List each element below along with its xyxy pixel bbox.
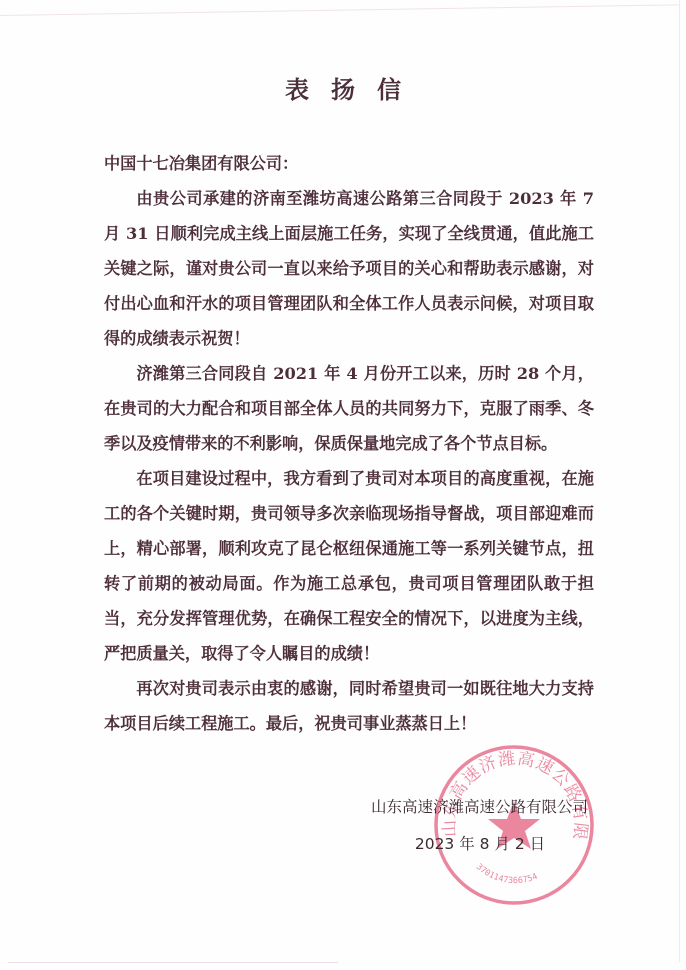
stamp-serial: 3701147366754	[474, 862, 539, 886]
letter-body: 中国十七冶集团有限公司： 由贵公司承建的济南至潍坊高速公路第三合同段于 2023…	[104, 146, 594, 741]
paragraph-4: 再次对贵司表示由衷的感谢，同时希望贵司一如既往地大力支持本项目后续工程施工。最后…	[104, 671, 594, 741]
paragraph-1: 由贵公司承建的济南至潍坊高速公路第三合同段于 2023 年 7 月 31 日顺利…	[104, 181, 594, 356]
signature-company: 山东高速济潍高速公路有限公司	[348, 795, 588, 817]
letter-page: 表扬信 中国十七冶集团有限公司： 由贵公司承建的济南至潍坊高速公路第三合同段于 …	[0, 0, 686, 970]
paragraph-3: 在项目建设过程中，我方看到了贵司对本项目的高度重视，在施工的各个关键时期，贵司领…	[104, 461, 594, 671]
addressee: 中国十七冶集团有限公司：	[104, 146, 594, 181]
stamp-arc-text: 山东高速济潍高速公路有限公司	[432, 743, 591, 842]
company-seal-stamp: 山东高速济潍高速公路有限公司 3701147366754	[432, 743, 596, 907]
scan-edge-right	[679, 0, 680, 962]
paragraph-2: 济潍第三合同段自 2021 年 4 月份开工以来，历时 28 个月，在贵司的大力…	[104, 356, 594, 461]
signature-date: 2023 年 8 月 2 日	[400, 832, 560, 854]
scan-edge-top	[0, 4, 680, 16]
letter-title: 表扬信	[0, 70, 686, 105]
scan-edge-bottom	[8, 962, 338, 963]
